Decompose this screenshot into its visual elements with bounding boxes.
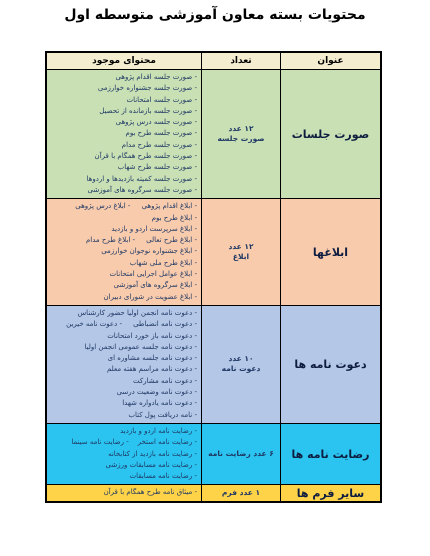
page-title: محتویات بسته معاون آموزشی متوسطه اول bbox=[0, 7, 430, 23]
content-item: - صورت جلسه طرح بوم bbox=[49, 128, 197, 139]
section-count-line: ابلاغ bbox=[233, 252, 249, 263]
document-page: محتویات بسته معاون آموزشی متوسطه اول عنو… bbox=[0, 0, 430, 556]
content-item: - دعوت نامه مراسم هفته معلم bbox=[49, 364, 197, 375]
section-content: - میثاق نامه طرح همگام با قرآن bbox=[47, 485, 201, 500]
section-count-line: دعوت نامه bbox=[222, 364, 261, 375]
header-count-column: تعداد bbox=[201, 53, 280, 69]
content-item: - صورت جلسه بازمانده از تحصیل bbox=[49, 106, 197, 117]
content-item: - رضایت نامه اردو و بازدید bbox=[49, 426, 197, 437]
table-row: ابلاغها۱۲ عددابلاغ- ابلاغ اقدام پژوهی - … bbox=[47, 198, 380, 305]
content-item: - صورت جلسه جشنواره خوارزمی bbox=[49, 83, 197, 94]
table-row: سایر فرم ها۱ عدد فرم- میثاق نامه طرح همگ… bbox=[47, 484, 380, 500]
header-title-column: عنوان bbox=[280, 53, 380, 69]
content-item: - دعوت نامه وضعیت درسی bbox=[49, 387, 197, 398]
content-item: - ابلاغ عوامل اجرایی امتحانات bbox=[49, 269, 197, 280]
content-item: - نامه دریافت پول کتاب bbox=[49, 410, 197, 421]
section-count: ۱۲ عددصورت جلسه bbox=[201, 70, 280, 198]
content-item: - ابلاغ طرح ملی شهاب bbox=[49, 258, 197, 269]
table-row: دعوت نامه ها۱۰ عدددعوت نامه- دعوت نامه ا… bbox=[47, 305, 380, 423]
section-count-line: صورت جلسه bbox=[217, 134, 264, 145]
table-body: صورت جلسات۱۲ عددصورت جلسه- صورت جلسه اقد… bbox=[47, 69, 380, 501]
section-count-line: ۱۲ عدد bbox=[228, 242, 253, 253]
contents-table: عنوان تعداد محتوای موجود صورت جلسات۱۲ عد… bbox=[45, 51, 382, 503]
section-count: ۱۲ عددابلاغ bbox=[201, 199, 280, 305]
content-item: - صورت جلسه اقدام پژوهی bbox=[49, 72, 197, 83]
content-item: - صورت جلسه امتحانات bbox=[49, 95, 197, 106]
content-item: - دعوت نامه جلسه عمومی انجمن اولیا bbox=[49, 342, 197, 353]
section-count: ۱ عدد فرم bbox=[201, 485, 280, 500]
content-item: - ابلاغ اقدام پژوهی - ابلاغ درس پژوهی bbox=[49, 201, 197, 212]
content-item: - صورت جلسه سرگروه های آموزشی bbox=[49, 185, 197, 196]
content-item: - دعوت نامه مشارکت bbox=[49, 376, 197, 387]
section-count-line: ۱۲ عدد bbox=[228, 124, 253, 135]
content-item: - ابلاغ سرگروه های آموزشی bbox=[49, 280, 197, 291]
content-item: - صورت جلسه درس پژوهی bbox=[49, 117, 197, 128]
section-count-line: ۶ عدد رضایت نامه bbox=[208, 449, 274, 460]
section-content: - صورت جلسه اقدام پژوهی- صورت جلسه جشنوا… bbox=[47, 70, 201, 198]
content-item: - صورت جلسه طرح مدام bbox=[49, 140, 197, 151]
content-item: - ابلاغ سرپرست اردو و بازدید bbox=[49, 224, 197, 235]
section-count-line: ۱۰ عدد bbox=[228, 354, 253, 365]
content-item: - ابلاغ جشنواره نوجوان خوارزمی bbox=[49, 246, 197, 257]
content-item: - دعوت نامه باز خورد امتحانات bbox=[49, 331, 197, 342]
content-item: - رضایت نامه استخر - رضایت نامه سینما bbox=[49, 437, 197, 448]
content-item: - صورت جلسه طرح شهاب bbox=[49, 162, 197, 173]
section-count: ۱۰ عدددعوت نامه bbox=[201, 306, 280, 423]
section-count-line: ۱ عدد فرم bbox=[222, 488, 260, 499]
section-title: سایر فرم ها bbox=[280, 485, 380, 500]
section-title: رضایت نامه ها bbox=[280, 424, 380, 484]
section-content: - دعوت نامه انجمن اولیا حضور کارشناس- دع… bbox=[47, 306, 201, 423]
content-item: - رضایت نامه مسابقات ورزشی bbox=[49, 460, 197, 471]
content-item: - ابلاغ طرح تعالی - ابلاغ طرح مدام bbox=[49, 235, 197, 246]
content-item: - دعوت نامه انضباطی - دعوت نامه خیرین bbox=[49, 319, 197, 330]
header-content-column: محتوای موجود bbox=[47, 53, 201, 69]
content-item: - دعوت نامه یادواره شهدا bbox=[49, 398, 197, 409]
content-item: - صورت جلسه کمیته بازدیدها و اردوها bbox=[49, 174, 197, 185]
content-item: - میثاق نامه طرح همگام با قرآن bbox=[49, 487, 197, 498]
section-content: - رضایت نامه اردو و بازدید- رضایت نامه ا… bbox=[47, 424, 201, 484]
content-item: - دعوت نامه جلسه مشاوره ای bbox=[49, 353, 197, 364]
section-title: دعوت نامه ها bbox=[280, 306, 380, 423]
section-content: - ابلاغ اقدام پژوهی - ابلاغ درس پژوهی- ا… bbox=[47, 199, 201, 305]
content-item: - ابلاغ عضویت در شورای دبیران bbox=[49, 292, 197, 303]
content-item: - دعوت نامه انجمن اولیا حضور کارشناس bbox=[49, 308, 197, 319]
content-item: - رضایت نامه مسابقات bbox=[49, 471, 197, 482]
table-header-row: عنوان تعداد محتوای موجود bbox=[47, 53, 380, 69]
content-item: - ابلاغ طرح بوم bbox=[49, 213, 197, 224]
section-count: ۶ عدد رضایت نامه bbox=[201, 424, 280, 484]
content-item: - صورت جلسه طرح همگام با قرآن bbox=[49, 151, 197, 162]
table-row: صورت جلسات۱۲ عددصورت جلسه- صورت جلسه اقد… bbox=[47, 69, 380, 198]
section-title: ابلاغها bbox=[280, 199, 380, 305]
content-item: - رضایت نامه بازدید از کتابخانه bbox=[49, 449, 197, 460]
table-row: رضایت نامه ها۶ عدد رضایت نامه- رضایت نام… bbox=[47, 423, 380, 484]
section-title: صورت جلسات bbox=[280, 70, 380, 198]
